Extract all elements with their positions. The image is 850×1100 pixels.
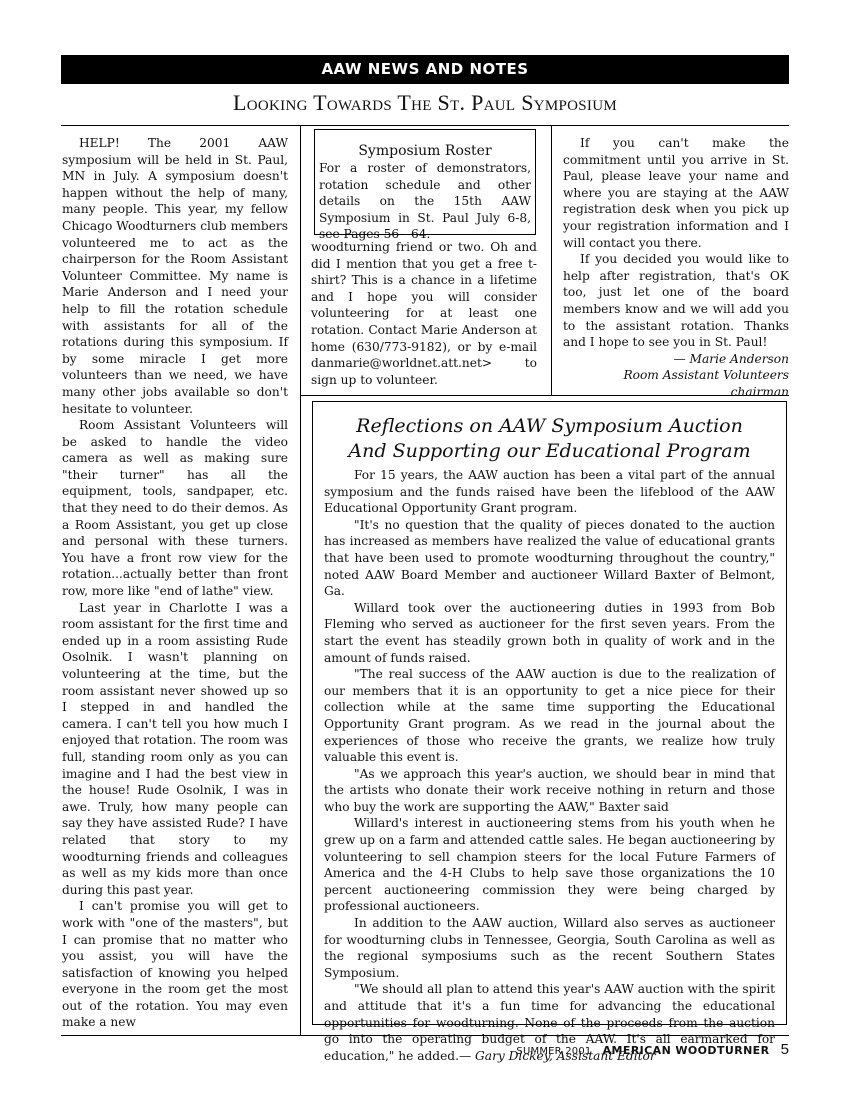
top-rule-divider xyxy=(61,125,789,126)
paragraph: "As we approach this year's auction, we … xyxy=(324,766,775,816)
column-divider-2 xyxy=(551,125,552,395)
author-signature: — Marie Anderson xyxy=(563,351,789,368)
article-column-3: If you can't make the commitment until y… xyxy=(563,135,789,401)
auction-title-line-2: And Supporting our Educational Program xyxy=(324,439,775,464)
paragraph: Willard took over the auctioneering duti… xyxy=(324,600,775,666)
magazine-name: AMERICAN WOODTURNER xyxy=(603,1044,770,1057)
page-footer: SUMMER 2001 AMERICAN WOODTURNER 5 xyxy=(516,1042,789,1060)
paragraph: If you decided you would like to help af… xyxy=(563,251,789,351)
auction-sidebar-box: Reflections on AAW Symposium Auction And… xyxy=(312,401,787,1025)
section-banner: AAW NEWS AND NOTES xyxy=(61,55,789,84)
paragraph: "It's no question that the quality of pi… xyxy=(324,517,775,600)
paragraph: Last year in Charlotte I was a room assi… xyxy=(62,600,288,899)
paragraph: HELP! The 2001 AAW symposium will be hel… xyxy=(62,135,288,417)
column-divider-1 xyxy=(300,125,301,1035)
paragraph: Room Assistant Volunteers will be asked … xyxy=(62,417,288,600)
paragraph: For 15 years, the AAW auction has been a… xyxy=(324,467,775,517)
paragraph: Willard's interest in auctioneering stem… xyxy=(324,815,775,915)
paragraph: In addition to the AAW auction, Willard … xyxy=(324,915,775,981)
roster-title: Symposium Roster xyxy=(319,142,531,160)
page-number: 5 xyxy=(781,1041,789,1058)
auction-body: For 15 years, the AAW auction has been a… xyxy=(324,467,775,1064)
auction-title-line-1: Reflections on AAW Symposium Auction xyxy=(324,414,775,439)
issue-season: SUMMER 2001 xyxy=(516,1046,591,1057)
roster-body: For a roster of demonstrators, rotation … xyxy=(319,160,531,243)
author-title: Room Assistant Volunteers chairman xyxy=(563,367,789,400)
magazine-page: AAW NEWS AND NOTES Looking Towards The S… xyxy=(0,0,850,1100)
article-column-2: woodturning friend or two. Oh and did I … xyxy=(311,239,537,388)
article-column-1: HELP! The 2001 AAW symposium will be hel… xyxy=(62,135,288,1031)
paragraph: I can't promise you will get to work wit… xyxy=(62,898,288,1031)
paragraph: woodturning friend or two. Oh and did I … xyxy=(311,239,537,388)
auction-title: Reflections on AAW Symposium Auction And… xyxy=(324,414,775,464)
paragraph: If you can't make the commitment until y… xyxy=(563,135,789,251)
paragraph: "The real success of the AAW auction is … xyxy=(324,666,775,766)
symposium-roster-box: Symposium Roster For a roster of demonst… xyxy=(314,129,536,235)
article-title: Looking Towards The St. Paul Symposium xyxy=(61,89,789,117)
